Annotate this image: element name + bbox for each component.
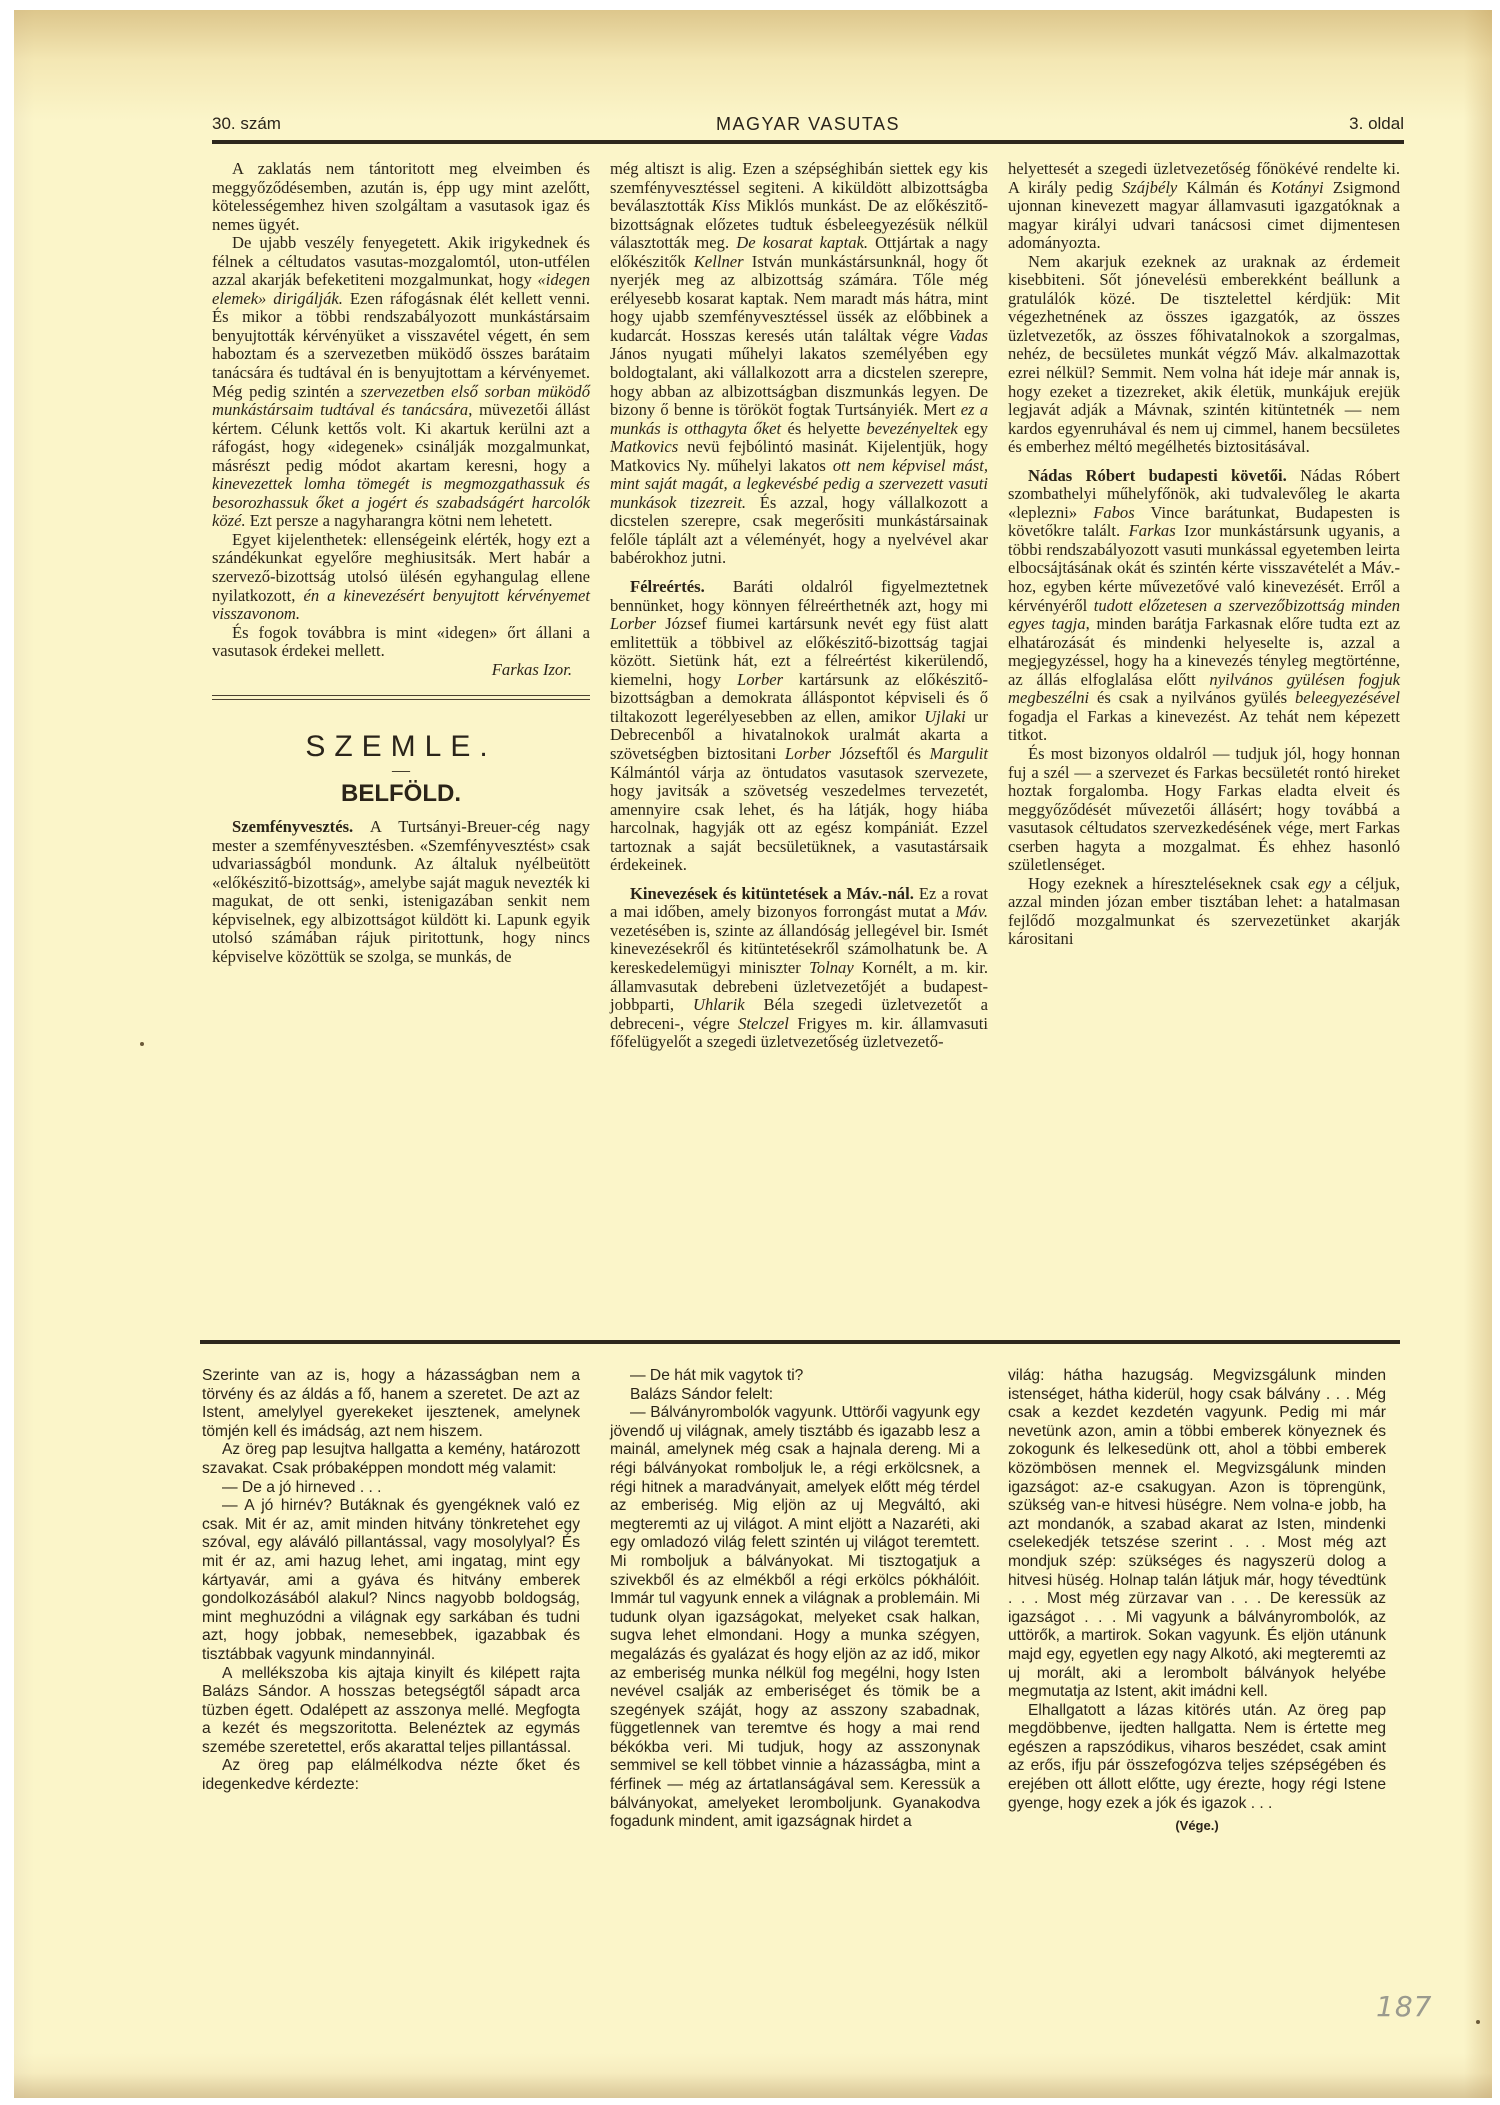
end-mark: (Vége.) xyxy=(1008,1817,1386,1836)
paragraph: A mellékszoba kis ajtaja kinyilt és kilé… xyxy=(202,1665,580,1758)
news-item-kinevezesek: Kinevezések és kitüntetések a Máv.-nál. … xyxy=(610,885,988,1052)
news-item-title: Kinevezések és kitüntetések a Máv.-nál. xyxy=(630,884,914,903)
title-dash: — xyxy=(212,761,590,780)
paragraph: És fogok továbbra is mint «idegen» őrt á… xyxy=(212,624,590,661)
page-number: 3. oldal xyxy=(1349,114,1404,134)
paper-spot xyxy=(140,1042,144,1046)
paragraph: És most bizonyos oldalról — tudjuk jól, … xyxy=(1008,745,1400,875)
column-3-top: helyettesét a szegedi üzletvezetőség főn… xyxy=(1008,160,1400,949)
pencil-page-number: 187 xyxy=(1376,1990,1432,2023)
paragraph: Az öreg pap lesujtva hallgatta a kemény,… xyxy=(202,1441,580,1478)
news-item-felreertes: Félreértés. Baráti oldalról figyelmeztet… xyxy=(610,578,988,875)
news-item-title: Szemfényvesztés. xyxy=(232,817,353,836)
section-subtitle-belfold: BELFÖLD. xyxy=(212,785,590,804)
paragraph: — De a jó hirneved . . . xyxy=(202,1479,580,1498)
paragraph: Balázs Sándor felelt: xyxy=(610,1386,980,1405)
feuilleton-column-2: — De hát mik vagytok ti? Balázs Sándor f… xyxy=(610,1367,980,1832)
paragraph: még altiszt is alig. Ezen a szépséghibán… xyxy=(610,160,988,568)
masthead-title: MAGYAR VASUTAS xyxy=(212,114,1404,135)
author-signature: Farkas Izor. xyxy=(212,661,590,680)
feuilleton-column-3: világ: hátha hazugság. Megvizsgálunk min… xyxy=(1008,1367,1386,1836)
paragraph: — A jó hirnév? Butáknak és gyengéknek va… xyxy=(202,1497,580,1664)
paragraph: Nem akarjuk ezeknek az uraknak az érdeme… xyxy=(1008,253,1400,457)
column-2-top: még altiszt is alig. Ezen a szépséghibán… xyxy=(610,160,988,1052)
paragraph: Szerinte van az is, hogy a házasságban n… xyxy=(202,1367,580,1441)
paragraph: helyettesét a szegedi üzletvezetőség főn… xyxy=(1008,160,1400,253)
paragraph: De ujabb veszély fenyegetett. Akik irigy… xyxy=(212,234,590,531)
column-1-top: A zaklatás nem tántoritott meg elveimben… xyxy=(212,160,590,966)
paragraph: — De hát mik vagytok ti? xyxy=(610,1367,980,1386)
paragraph: Egyet kijelenthetek: ellenségeink elérté… xyxy=(212,531,590,624)
paper-spot xyxy=(1476,2020,1480,2024)
paragraph: A zaklatás nem tántoritott meg elveimben… xyxy=(212,160,590,234)
paragraph: világ: hátha hazugság. Megvizsgálunk min… xyxy=(1008,1367,1386,1702)
news-item-title: Félreértés. xyxy=(630,577,705,596)
paragraph: Az öreg pap elálmélkodva nézte őket és i… xyxy=(202,1757,580,1794)
paragraph: — Bálványrombolók vagyunk. Uttörői vagyu… xyxy=(610,1404,980,1832)
divider xyxy=(212,699,590,700)
paragraph: Hogy ezeknek a híreszteléseknek csak egy… xyxy=(1008,875,1400,949)
news-item-nadas-robert: Nádas Róbert budapesti követői. Nádas Ró… xyxy=(1008,467,1400,745)
newspaper-page: 30. szám MAGYAR VASUTAS 3. oldal A zakla… xyxy=(14,10,1492,2098)
news-item-szemfenyvesztes: Szemfényvesztés. A Turtsányi-Breuer-cég … xyxy=(212,818,590,966)
page-header: 30. szám MAGYAR VASUTAS 3. oldal xyxy=(212,114,1404,138)
feuilleton-rule xyxy=(200,1340,1400,1344)
header-rule xyxy=(212,140,1404,144)
news-item-title: Nádas Róbert budapesti követői. xyxy=(1028,466,1287,485)
paragraph: Elhallgatott a lázas kitörés után. Az ör… xyxy=(1008,1702,1386,1814)
feuilleton-column-1: Szerinte van az is, hogy a házasságban n… xyxy=(202,1367,580,1795)
section-title-szemle: SZEMLE. xyxy=(212,738,590,757)
